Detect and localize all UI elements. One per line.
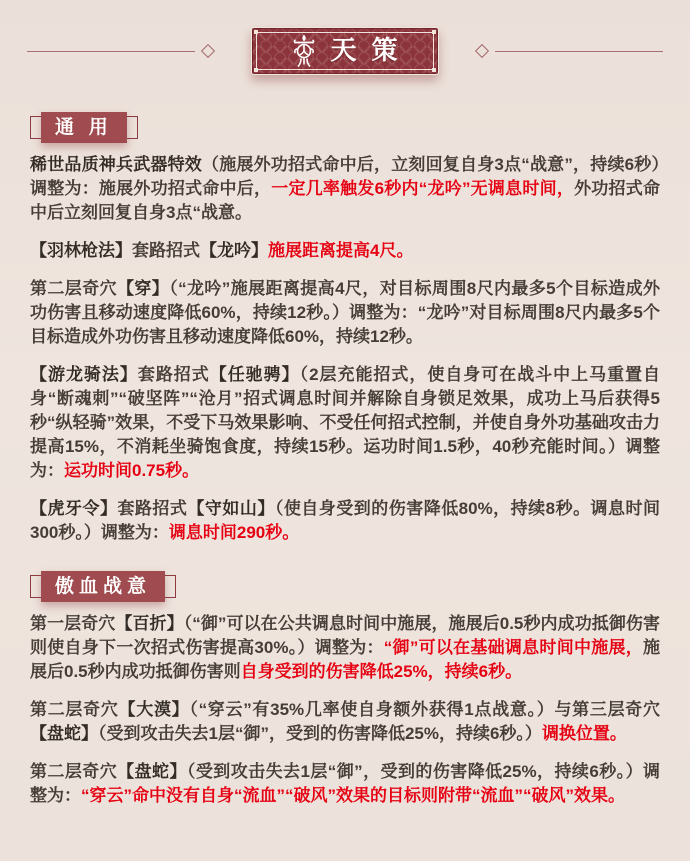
text-segment: 【盘蛇】 bbox=[117, 762, 187, 781]
badge-corner-icon bbox=[432, 30, 436, 34]
badge-corner-icon bbox=[254, 68, 258, 72]
text-segment: 调换位置。 bbox=[542, 724, 627, 743]
section-heading-aoxue: 傲血战意 bbox=[30, 571, 176, 602]
diamond-ornament-right bbox=[475, 44, 489, 58]
badge-corner-icon bbox=[254, 30, 258, 34]
text-segment: 第二层奇穴 bbox=[30, 762, 117, 781]
paragraph-damo: 第二层奇穴【大漠】（“穿云”有35%几率使自身额外获得1点战意。）与第三层奇穴【… bbox=[30, 698, 660, 746]
section-aoxue-zhanyi: 傲血战意 第一层奇穴【百折】（“御”可以在公共调息时间中施展，施展后0.5秒内成… bbox=[30, 545, 660, 808]
paragraph-renchicheng: 【游龙骑法】套路招式【任驰骋】（2层充能招式，使自身可在战斗中上马重置自身“断魂… bbox=[30, 363, 660, 483]
text-segment: （受到攻击失去1层“御”，受到的伤害降低25%，持续6秒。） bbox=[98, 724, 542, 743]
badge-corner-icon bbox=[432, 68, 436, 72]
text-segment: 第二层奇穴 bbox=[30, 279, 117, 298]
diamond-ornament-left bbox=[201, 44, 215, 58]
paragraph-baizhe: 第一层奇穴【百折】（“御”可以在公共调息时间中施展，施展后0.5秒内成功抵御伤害… bbox=[30, 612, 660, 684]
text-segment: 套路招式 bbox=[132, 241, 200, 260]
section-heading-general: 通 用 bbox=[30, 112, 138, 143]
text-segment: “穿云”命中没有自身“流血”“破风”效果的目标则附带“流血”“破风”效果。 bbox=[81, 786, 625, 805]
text-segment: 【羽林枪法】 bbox=[30, 241, 132, 260]
section-heading-label: 通 用 bbox=[41, 112, 127, 143]
text-segment: 施展距离提高4尺。 bbox=[268, 241, 413, 260]
divider-line-right bbox=[495, 51, 663, 52]
paragraph-longyin: 【羽林枪法】套路招式【龙吟】施展距离提高4尺。 bbox=[30, 239, 660, 263]
class-title-badge: 天策 bbox=[251, 27, 439, 75]
paragraph-weapon-effect: 稀世品质神兵武器特效（施展外功招式命中后，立刻回复自身3点“战意”，持续6秒）调… bbox=[30, 153, 660, 225]
text-segment: 【游龙骑法】 bbox=[30, 365, 138, 384]
text-segment: 【大漠】 bbox=[119, 700, 190, 719]
text-segment: 【龙吟】 bbox=[200, 241, 268, 260]
tiance-emblem-icon bbox=[292, 35, 316, 67]
text-segment: 套路招式 bbox=[138, 365, 210, 384]
patch-notes-content: 通 用 稀世品质神兵武器特效（施展外功招式命中后，立刻回复自身3点“战意”，持续… bbox=[0, 74, 690, 808]
text-segment: “御”可以在基础调息时间中施展， bbox=[384, 638, 643, 657]
paragraph-shourushan: 【虎牙令】套路招式【守如山】（使自身受到的伤害降低80%，持续8秒。调息时间30… bbox=[30, 497, 660, 545]
text-segment: 运功时间0.75秒。 bbox=[64, 461, 199, 480]
paragraph-chuan: 第二层奇穴【穿】（“龙吟”施展距离提高4尺，对目标周围8尺内最多5个目标造成外功… bbox=[30, 277, 660, 349]
text-segment: 稀世品质神兵武器特效 bbox=[30, 155, 202, 174]
text-segment: 【虎牙令】 bbox=[30, 499, 117, 518]
divider-line-left bbox=[27, 51, 195, 52]
text-segment: （“穿云”有35%几率使自身额外获得1点战意。）与第三层奇穴 bbox=[189, 700, 660, 719]
text-segment: 调息时间290秒。 bbox=[169, 523, 299, 542]
patch-notes-page: 天策 通 用 稀世品质神兵武器特效（施展外功招式命中后，立刻回复自身3点“战意”… bbox=[0, 0, 690, 861]
text-segment: 【百折】 bbox=[115, 614, 183, 633]
text-segment: 自身受到的伤害降低25%，持续6秒。 bbox=[241, 662, 522, 681]
text-segment: 套路招式 bbox=[117, 499, 187, 518]
text-segment: 一定几率触发6秒内“龙吟”无调息时间， bbox=[271, 179, 574, 198]
text-segment: 【盘蛇】 bbox=[30, 724, 98, 743]
section-heading-label: 傲血战意 bbox=[41, 571, 165, 602]
section-general: 通 用 稀世品质神兵武器特效（施展外功招式命中后，立刻回复自身3点“战意”，持续… bbox=[30, 74, 660, 545]
class-title: 天策 bbox=[330, 38, 412, 64]
text-segment: 【任驰骋】 bbox=[210, 365, 300, 384]
paragraph-panshe: 第二层奇穴【盘蛇】（受到攻击失去1层“御”，受到的伤害降低25%，持续6秒。）调… bbox=[30, 760, 660, 808]
class-header: 天策 bbox=[0, 28, 690, 74]
text-segment: 第一层奇穴 bbox=[30, 614, 115, 633]
text-segment: 【守如山】 bbox=[187, 499, 274, 518]
text-segment: 第二层奇穴 bbox=[30, 700, 119, 719]
text-segment: 【穿】 bbox=[117, 279, 169, 298]
